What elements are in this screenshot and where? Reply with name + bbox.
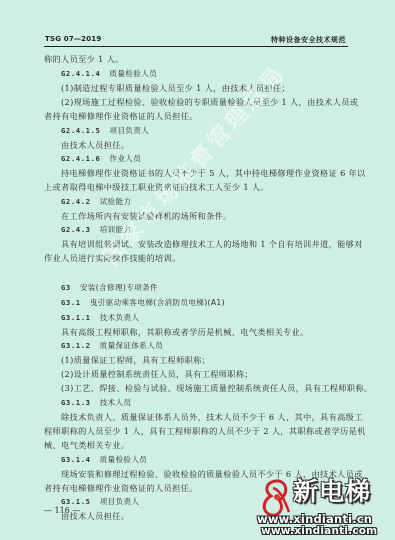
standard-code: TSG 07—2019 <box>45 35 101 43</box>
heading-title: 质量保证体系人员 <box>100 341 164 350</box>
section-heading: G3.1.4质量检验人员 <box>61 455 147 465</box>
section-heading: G3.1.3技术人员 <box>61 398 131 408</box>
heading-title: 培训能力 <box>100 225 132 234</box>
logo-url-com: www.xindianti.com <box>261 525 377 537</box>
logo-url-cn: www.xindianti.cn <box>257 512 372 526</box>
heading-title: 技术负责人 <box>100 313 140 322</box>
paragraph-line: (2)现场施工过程检验、验收检验的专职质量检验人员至少 1 人，由技术人员或 <box>61 97 358 107</box>
site-logo: 新电梯 www.xindianti.cn www.xindianti.com <box>255 472 395 538</box>
section-heading: G3.1.1技术负责人 <box>61 313 139 323</box>
heading-number: G2.4.2 <box>61 197 91 206</box>
heading-number: G3.1 <box>61 298 81 307</box>
text-line: 称的人员至少 1 人。 <box>44 54 124 64</box>
text-line: 程师职称的人员至少 1 人，具有工程师职称的人员不少于 2 人，其职称或者学历是… <box>44 426 366 436</box>
section-heading: G2.4.3培训能力 <box>61 225 131 235</box>
paragraph-line: 具有高级工程师职称，其职称或者学历是机械、电气类相关专业。 <box>61 327 309 337</box>
heading-title: 试验能力 <box>100 197 132 206</box>
paragraph-line: (1)质量保证工程师，具有工程师职称； <box>61 355 210 365</box>
heading-number: G3.1.1 <box>61 313 91 322</box>
heading-title: 技术人员 <box>100 398 132 407</box>
section-heading: G3.1.2质量保证体系人员 <box>61 341 163 351</box>
text-line: 者持有电梯修理作业资格证的人员担任。 <box>44 111 198 121</box>
paragraph-line: 持电梯修理作业资格证书的人员不少于 5 人，其中持电梯修理作业资格证 6 年以 <box>61 168 366 178</box>
heading-title: 曳引驱动乘客电梯(含消防员电梯)(A1) <box>90 298 225 307</box>
text-line: 械、电气类相关专业。 <box>44 440 129 450</box>
heading-number: G3.1.3 <box>61 398 91 407</box>
paragraph-line: (2)设计质量控制系统责任人员，具有工程师职称； <box>61 369 253 379</box>
paragraph-line: 由技术人员担任。 <box>61 140 129 150</box>
heading-number: G3.1.4 <box>61 455 91 464</box>
chapter-heading: G3安装(含修理)专项条件 <box>61 283 158 293</box>
section-heading: G2.4.1.6作业人员 <box>61 154 141 164</box>
heading-title: 质量检验人员 <box>100 455 148 464</box>
heading-title: 项目负责人 <box>109 126 149 135</box>
paragraph-line: 在工作场所内有安装试验样机的场所和条件。 <box>61 211 232 221</box>
heading-number: G2.4.3 <box>61 225 91 234</box>
heading-title: 作业人员 <box>109 154 141 163</box>
heading-number: G3.1.5 <box>61 497 91 506</box>
paragraph-line: 具有培训组装调试、安装改造修理技术工人的场地和 1 个自有培训井道，能够对 <box>61 239 363 249</box>
section-heading: G2.4.2试验能力 <box>61 197 131 207</box>
section-heading: G2.4.1.4质量检验人员 <box>61 69 157 79</box>
heading-number: G2.4.1.6 <box>61 154 100 163</box>
section-heading: G2.4.1.5项目负责人 <box>61 126 149 136</box>
heading-title: 质量检验人员 <box>109 69 157 78</box>
paragraph-line: (3)工艺、焊接、检验与试验、现场施工质量控制系统责任人员，具有工程师职称。 <box>61 383 372 393</box>
document-page: TSG 07—2019 特种设备安全技术规范 称的人员至少 1 人。 G2.4.… <box>0 0 395 540</box>
heading-number: G3.1.2 <box>61 341 91 350</box>
text-line: 作业人员进行实际操作技能的培训。 <box>44 253 181 263</box>
heading-number: G2.4.1.5 <box>61 126 100 135</box>
paragraph-line: (1)制造过程专职质量检验人员至少 1 人，由技术人员担任； <box>61 83 290 93</box>
heading-number: G2.4.1.4 <box>61 69 100 78</box>
section-heading: G3.1曳引驱动乘客电梯(含消防员电梯)(A1) <box>61 298 225 308</box>
text-line: 上或者取得电梯中级技工职业资格证的技术工人至少 1 人。 <box>44 182 269 192</box>
heading-title: 安装(含修理)专项条件 <box>80 283 158 292</box>
logo-title: 新电梯 <box>293 472 371 508</box>
series-title: 特种设备安全技术规范 <box>271 35 346 45</box>
text-line: 者持有电梯修理作业资格证的人员担任。 <box>44 483 198 493</box>
paragraph-line: 除技术负责人、质量保证体系人员外，技术人员不少于 6 人，其中，具有高级工 <box>61 412 363 422</box>
page-header: TSG 07—2019 特种设备安全技术规范 <box>44 35 348 47</box>
heading-title: 项目负责人 <box>100 497 140 506</box>
page-number: — 116 — <box>44 506 80 515</box>
heading-number: G3 <box>61 283 71 292</box>
